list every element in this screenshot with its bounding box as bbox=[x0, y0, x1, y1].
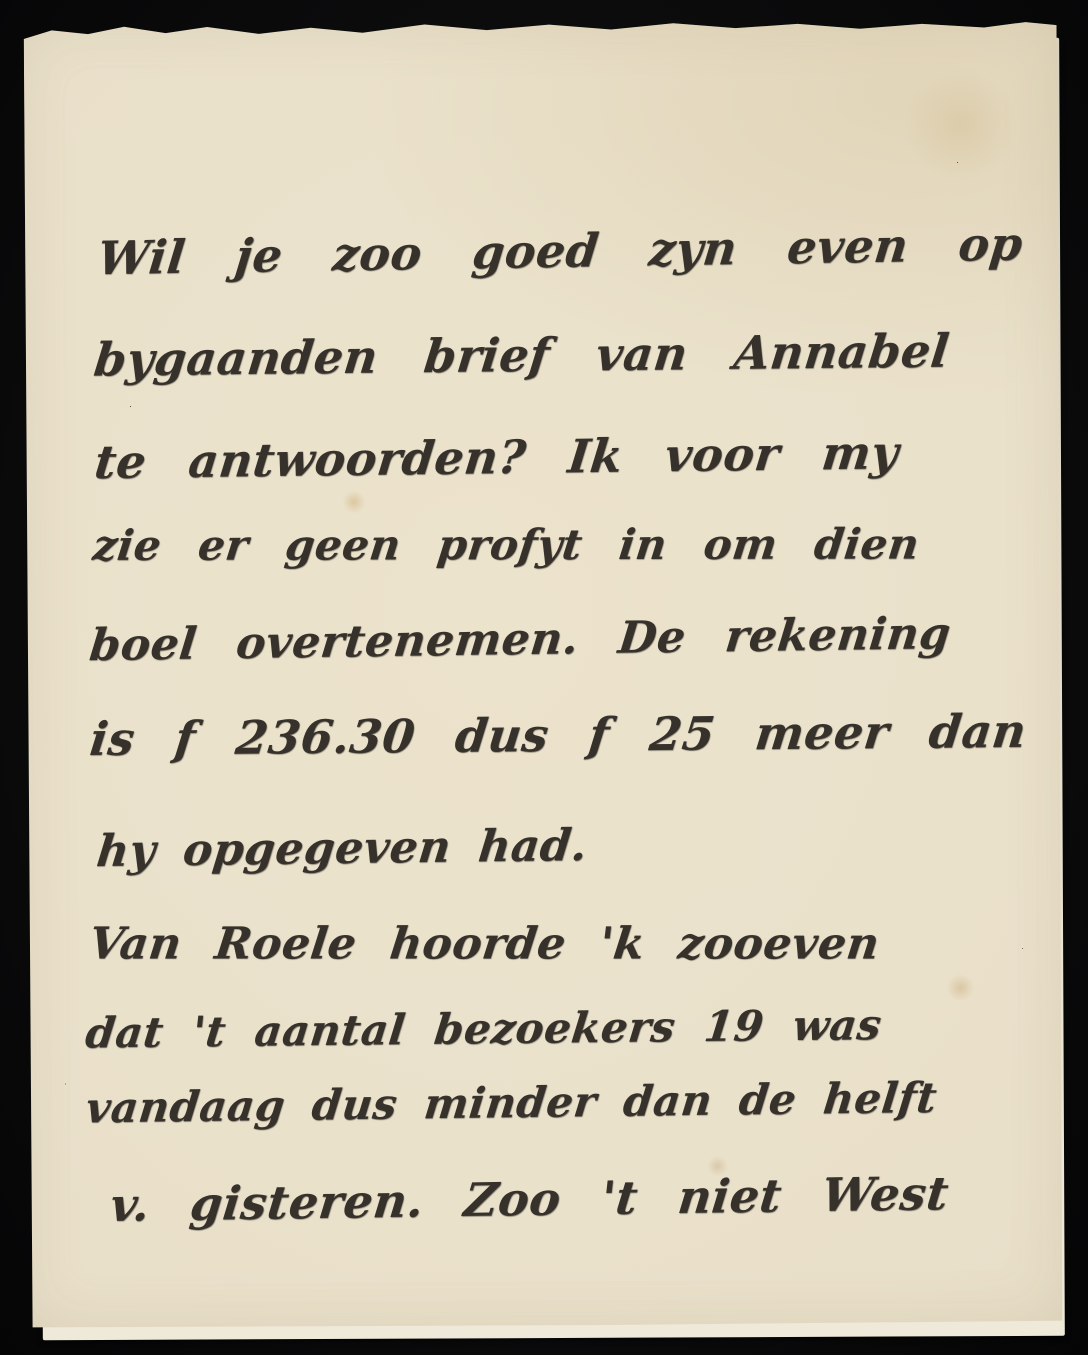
handwriting-line-1: Wil je zoo goed zyn even op bbox=[95, 217, 1026, 286]
handwriting-line-10: vandaag dus minder dan de helft bbox=[84, 1073, 940, 1132]
handwriting-line-8: Van Roele hoorde 'k zooeven bbox=[86, 918, 882, 969]
paper-stain bbox=[901, 69, 1022, 180]
foxing-spot bbox=[946, 975, 976, 1001]
handwriting-line-3: te antwoorden? Ik voor my bbox=[92, 425, 902, 489]
handwriting-line-6: is f 236.30 dus f 25 meer dan bbox=[87, 704, 1029, 766]
handwriting-line-7: hy opgegeven had. bbox=[94, 820, 590, 877]
handwriting-line-11: v. gisteren. Zoo 't niet West bbox=[108, 1166, 952, 1232]
photo-backdrop: Wil je zoo goed zyn even op bygaanden br… bbox=[0, 0, 1088, 1355]
handwriting-line-2: bygaanden brief van Annabel bbox=[91, 324, 952, 387]
handwriting-line-5: boel overtenemen. De rekening bbox=[87, 608, 953, 671]
handwriting-line-9: dat 't aantal bezoekers 19 was bbox=[83, 1000, 884, 1057]
letter-page: Wil je zoo goed zyn even op bygaanden br… bbox=[21, 19, 1064, 1328]
foxing-spot bbox=[341, 491, 367, 513]
handwriting-line-4: zie er geen profyt in om dien bbox=[90, 519, 922, 569]
